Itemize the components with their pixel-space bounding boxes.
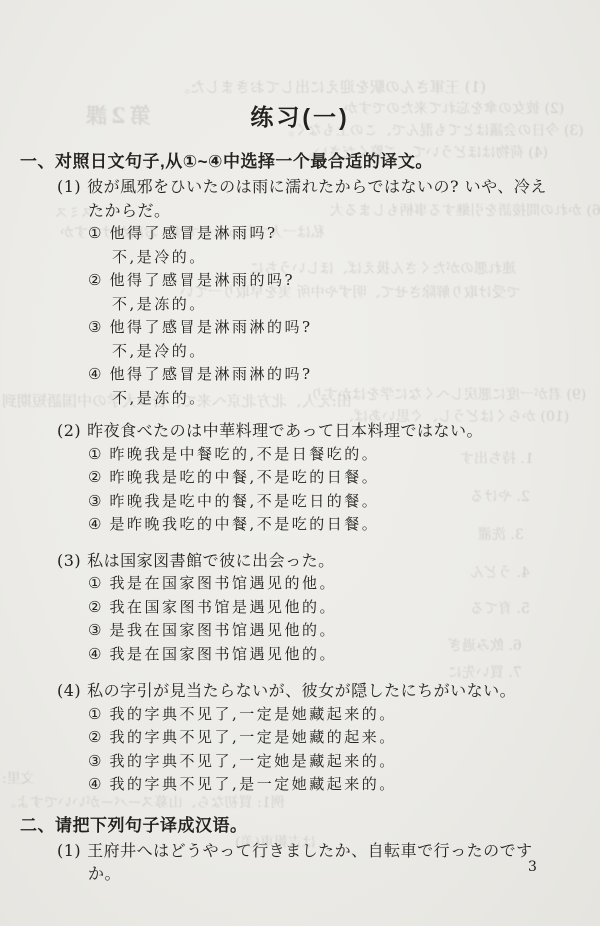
circled-number: ③	[88, 621, 101, 639]
question-text: 昨夜食べたのは中華料理であって日本料理ではない。	[87, 421, 483, 440]
item-label: (1)	[57, 841, 81, 860]
option: ②他得了感冒是淋雨的吗?	[88, 269, 600, 293]
question-prompt: (2)昨夜食べたのは中華料理であって日本料理ではない。	[88, 419, 552, 443]
option-text: 我的字典不见了,一定是她藏的起来。	[109, 728, 396, 746]
option-text: 他得了感冒是淋雨吗?	[109, 224, 277, 242]
circled-number: ④	[88, 365, 101, 383]
section-one-heading: 一、对照日文句子,从①~④中选择一个最合适的译文。	[20, 150, 600, 174]
option-text: 他得了感冒是淋雨淋的吗?	[109, 318, 312, 336]
page-title: 练习(一)	[0, 101, 600, 133]
translation-item: (1)王府井へはどうやって行きましたか、自転車で行ったのですか。	[88, 839, 552, 886]
option-answer: 不,是冻的。	[112, 387, 600, 411]
circled-number: ②	[88, 468, 101, 486]
question-prompt: (1)彼が風邪をひいたのは雨に濡れたからではないの? いや、冷えたからだ。	[88, 175, 552, 222]
option-text: 昨晚我是吃的中餐,不是吃的日餐。	[109, 468, 379, 486]
circled-number: ③	[88, 318, 101, 336]
option-text: 是我在国家图书馆遇见他的。	[109, 621, 337, 639]
page-number: 3	[528, 859, 537, 875]
question-label: (1)	[57, 177, 81, 196]
option-text: 昨晚我是吃中的餐,不是吃日的餐。	[109, 492, 379, 510]
question-label: (2)	[57, 421, 81, 440]
circled-number: ②	[88, 728, 101, 746]
option: ①我是在国家图书馆遇见的他。	[88, 572, 600, 596]
option: ②昨晚我是吃的中餐,不是吃的日餐。	[88, 466, 600, 490]
option-text: 我是在国家图书馆遇见的他。	[109, 574, 337, 592]
circled-number: ①	[88, 224, 101, 242]
option: ④我的字典不见了,是一定她藏起来的。	[88, 773, 600, 797]
option-text: 我在国家图书馆是遇见他的。	[109, 598, 337, 616]
section-two-heading: 二、请把下列句子译成汉语。	[20, 814, 600, 838]
question-text: 彼が風邪をひいたのは雨に濡れたからではないの? いや、冷えたからだ。	[87, 177, 547, 220]
circled-number: ①	[88, 705, 101, 723]
option-text: 他得了感冒是淋雨的吗?	[109, 271, 295, 289]
circled-number: ③	[88, 492, 101, 510]
option-answer: 不,是冻的。	[112, 293, 600, 317]
scanned-page: (1) 王軍さんの駅を迎えに出しておきました。 第2課 (2) 彼女の傘を忘れて…	[0, 0, 600, 926]
ghost-text: (1) 王軍さんの駅を迎えに出しておきました。	[175, 76, 486, 97]
option: ④是昨晚我吃的中餐,不是吃的日餐。	[88, 513, 600, 537]
question-3: (3)私は国家図書館で彼に出会った。 ①我是在国家图书馆遇见的他。 ②我在国家图…	[0, 549, 600, 667]
option: ④他得了感冒是淋雨淋的吗?	[88, 363, 600, 387]
circled-number: ④	[88, 515, 101, 533]
option: ②我在国家图书馆是遇见他的。	[88, 596, 600, 620]
circled-number: ②	[88, 598, 101, 616]
question-1: (1)彼が風邪をひいたのは雨に濡れたからではないの? いや、冷えたからだ。 ①他…	[0, 175, 600, 410]
option-text: 昨晚我是中餐吃的,不是日餐吃的。	[109, 445, 379, 463]
option: ④我是在国家图书馆遇见他的。	[88, 643, 600, 667]
option-answer: 不,是冷的。	[112, 246, 600, 270]
question-prompt: (4)私の字引が見当たらないが、彼女が隠したにちがいない。	[88, 679, 552, 703]
option-text: 我的字典不见了,一定她是藏起来的。	[109, 752, 396, 770]
question-text: 私の字引が見当たらないが、彼女が隠したにちがいない。	[87, 681, 516, 700]
option-text: 我是在国家图书馆遇见他的。	[109, 645, 337, 663]
option: ③他得了感冒是淋雨淋的吗?	[88, 316, 600, 340]
option-text: 是昨晚我吃的中餐,不是吃的日餐。	[109, 515, 379, 533]
question-text: 私は国家図書館で彼に出会った。	[87, 551, 335, 570]
option: ③是我在国家图书馆遇见他的。	[88, 619, 600, 643]
option: ①他得了感冒是淋雨吗?	[88, 222, 600, 246]
question-prompt: (3)私は国家図書館で彼に出会った。	[88, 549, 552, 573]
option-text: 他得了感冒是淋雨淋的吗?	[109, 365, 312, 383]
question-label: (4)	[57, 681, 81, 700]
circled-number: ④	[88, 775, 101, 793]
item-text: 王府井へはどうやって行きましたか、自転車で行ったのですか。	[87, 841, 533, 884]
option-text: 我的字典不见了,是一定她藏起来的。	[109, 775, 396, 793]
option: ③昨晚我是吃中的餐,不是吃日的餐。	[88, 490, 600, 514]
question-4: (4)私の字引が見当たらないが、彼女が隠したにちがいない。 ①我的字典不见了,一…	[0, 679, 600, 797]
circled-number: ④	[88, 645, 101, 663]
circled-number: ①	[88, 445, 101, 463]
circled-number: ③	[88, 752, 101, 770]
circled-number: ②	[88, 271, 101, 289]
option-text: 我的字典不见了,一定是她藏起来的。	[109, 705, 396, 723]
circled-number: ①	[88, 574, 101, 592]
option: ①昨晚我是中餐吃的,不是日餐吃的。	[88, 443, 600, 467]
question-2: (2)昨夜食べたのは中華料理であって日本料理ではない。 ①昨晚我是中餐吃的,不是…	[0, 419, 600, 537]
option-answer: 不,是冷的。	[112, 340, 600, 364]
option: ③我的字典不见了,一定她是藏起来的。	[88, 750, 600, 774]
question-label: (3)	[57, 551, 81, 570]
option: ①我的字典不见了,一定是她藏起来的。	[88, 703, 600, 727]
option: ②我的字典不见了,一定是她藏的起来。	[88, 726, 600, 750]
